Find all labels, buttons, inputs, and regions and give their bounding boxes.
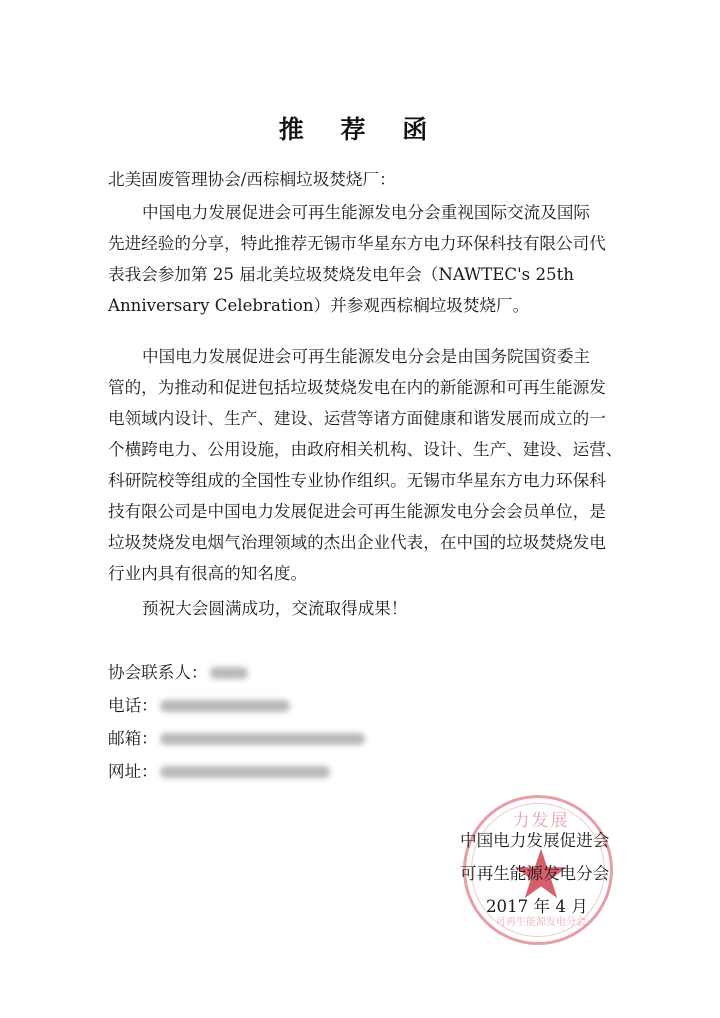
paragraph-1: 中国电力发展促进会可再生能源发电分会重视国际交流及国际 先进经验的分享，特此推荐…: [108, 197, 618, 321]
paragraph-line: 中国电力发展促进会可再生能源发电分会重视国际交流及国际: [108, 197, 618, 228]
contact-label: 电话：: [108, 689, 158, 722]
paragraph-line: 管的，为推动和促进包括垃圾焚烧发电在内的新能源和可再生能源发: [108, 372, 618, 403]
signature-org-line1: 中国电力发展促进会: [460, 824, 609, 857]
paragraph-line: 行业内具有很高的知名度。: [108, 558, 618, 589]
paragraph-line: 垃圾焚烧发电烟气治理领域的杰出企业代表，在中国的垃圾焚烧发电: [108, 527, 618, 558]
signature-org-line2: 可再生能源发电分会: [460, 857, 609, 890]
phone-row: 电话：: [108, 689, 365, 722]
paragraph-line: 先进经验的分享，特此推荐无锡市华星东方电力环保科技有限公司代: [108, 228, 618, 259]
salutation: 北美固废管理协会/西棕榈垃圾焚烧厂：: [108, 164, 618, 195]
paragraph-line: 技有限公司是中国电力发展促进会可再生能源发电分会会员单位，是: [108, 496, 618, 527]
contact-label: 网址：: [108, 755, 158, 788]
paragraph-line: 中国电力发展促进会可再生能源发电分会是由国务院国资委主: [108, 341, 618, 372]
letter-title: 推 荐 函: [0, 110, 720, 146]
contact-person-row: 协会联系人：: [108, 656, 365, 689]
redacted-value: [160, 700, 290, 712]
website-row: 网址：: [108, 755, 365, 788]
closing-remark: 预祝大会圆满成功，交流取得成果！: [108, 593, 652, 624]
contact-label: 协会联系人：: [108, 656, 208, 689]
contact-label: 邮箱：: [108, 722, 158, 755]
paragraph-line: 个横跨电力、公用设施，由政府相关机构、设计、生产、建设、运营、: [108, 434, 618, 465]
paragraph-line: 表我会参加第 25 届北美垃圾焚烧发电年会（NAWTEC's 25th: [108, 259, 618, 290]
signature-date: 2017 年 4 月: [460, 890, 609, 923]
redacted-value: [210, 667, 248, 679]
paragraph-line: 科研院校等组成的全国性专业协作组织。无锡市华星东方电力环保科: [108, 465, 618, 496]
paragraph-line: Anniversary Celebration）并参观西棕榈垃圾焚烧厂。: [108, 290, 618, 321]
paragraph-line: 电领域内设计、生产、建设、运营等诸方面健康和谐发展而成立的一: [108, 403, 618, 434]
redacted-value: [160, 766, 330, 778]
paragraph-2: 中国电力发展促进会可再生能源发电分会是由国务院国资委主 管的，为推动和促进包括垃…: [108, 341, 618, 589]
email-row: 邮箱：: [108, 722, 365, 755]
signature-block: 中国电力发展促进会 可再生能源发电分会 2017 年 4 月: [460, 824, 609, 923]
redacted-value: [160, 733, 365, 745]
contact-block: 协会联系人： 电话： 邮箱： 网址：: [108, 656, 365, 788]
